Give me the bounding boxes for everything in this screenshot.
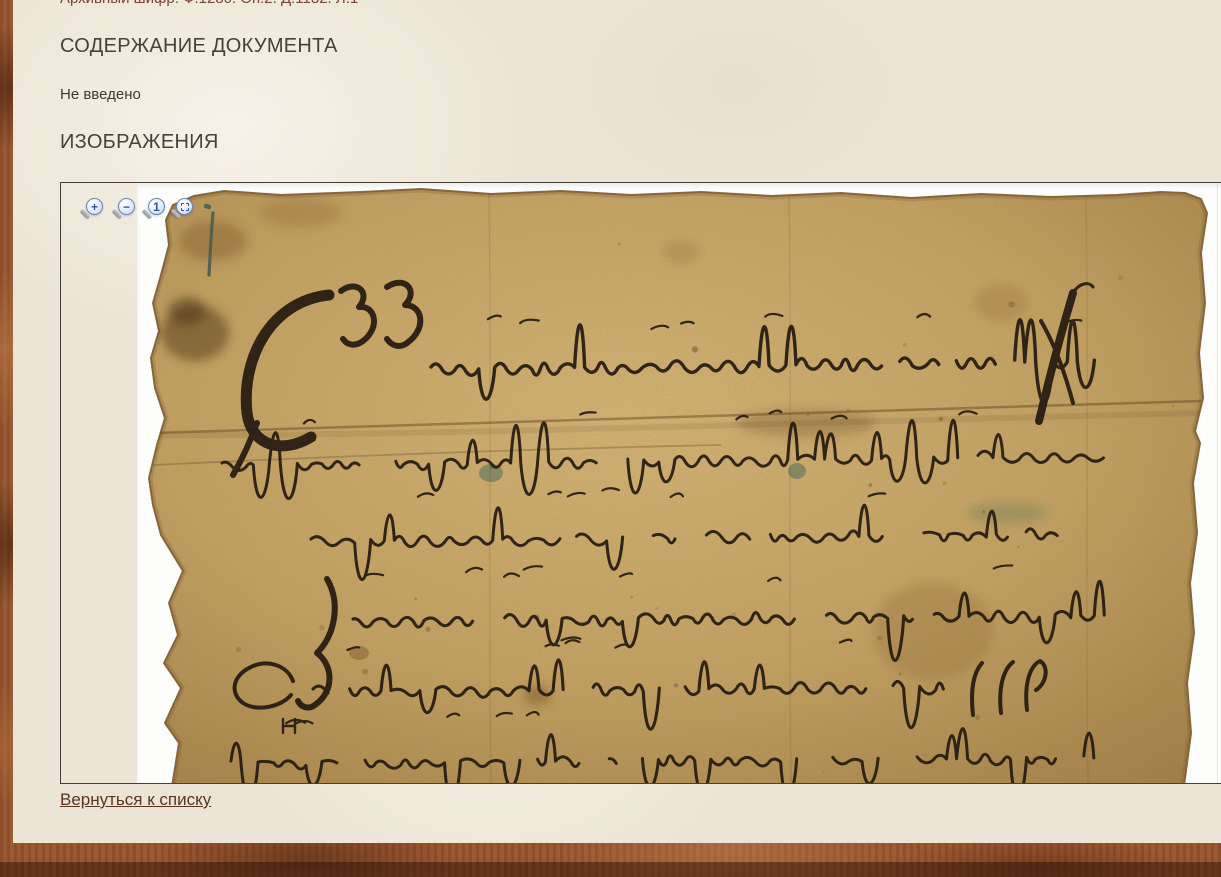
image-viewer: + − 1: [60, 182, 1221, 784]
manuscript-image[interactable]: [61, 183, 1221, 783]
viewer-zoom-toolbar: + − 1: [61, 183, 221, 223]
content-panel: Архивный шифр: Ф.1280. Оп.2. Д.1182. Л.1…: [13, 0, 1221, 843]
zoom-out-icon: −: [118, 198, 135, 215]
frame-bottom-shadow: [0, 862, 1221, 877]
zoom-actual-size-icon: 1: [148, 198, 165, 215]
page: Архивный шифр: Ф.1280. Оп.2. Д.1182. Л.1…: [0, 0, 1221, 877]
content-section-heading: СОДЕРЖАНИЕ ДОКУМЕНТА: [60, 35, 338, 58]
content-section-value: Не введено: [60, 86, 141, 103]
images-section-heading: ИЗОБРАЖЕНИЯ: [60, 131, 219, 154]
back-to-list-link[interactable]: Вернуться к списку: [60, 790, 211, 810]
zoom-actual-size-button[interactable]: 1: [146, 198, 166, 218]
archive-code-text: Архивный шифр: Ф.1280. Оп.2. Д.1182. Л.1: [60, 0, 358, 7]
zoom-out-button[interactable]: −: [116, 198, 136, 218]
zoom-in-icon: +: [86, 198, 103, 215]
zoom-fit-icon: [176, 198, 193, 215]
zoom-in-button[interactable]: +: [84, 198, 104, 218]
zoom-fit-button[interactable]: [174, 198, 194, 218]
